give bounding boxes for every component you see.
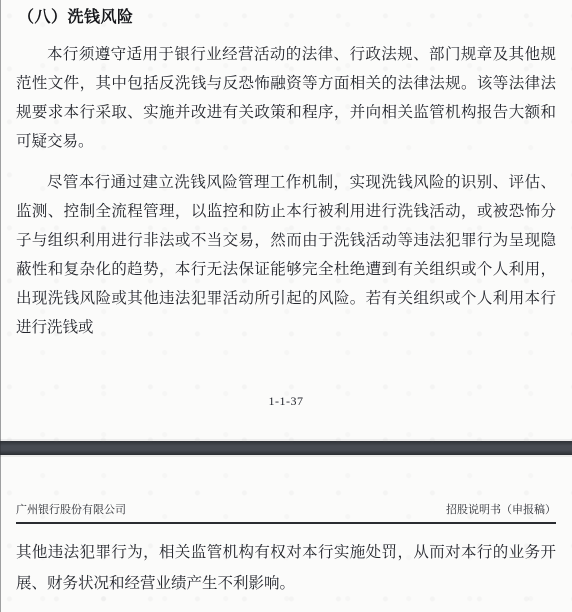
section-heading: （八）洗钱风险 xyxy=(18,0,556,27)
scan-edge-artifact xyxy=(0,0,1,612)
paragraph-continuation: 其他违法犯罪行为，相关监管机构有权对本行实施处罚，从而对本行的业务开展、财务状况… xyxy=(16,537,556,599)
header-company-name: 广州银行股份有限公司 xyxy=(16,504,126,517)
header-document-type: 招股说明书（申报稿） xyxy=(446,504,556,517)
paragraph-regulations: 本行须遵守适用于银行业经营活动的法律、行政法规、部门规章及其他规范性文件，其中包… xyxy=(16,40,556,156)
paragraph-risk-description: 尽管本行通过建立洗钱风险管理工作机制，实现洗钱风险的识别、评估、监测、控制全流程… xyxy=(16,168,556,342)
page-1: （八）洗钱风险 本行须遵守适用于银行业经营活动的法律、行政法规、部门规章及其他规… xyxy=(0,0,572,439)
running-header: 广州银行股份有限公司 招股说明书（申报稿） xyxy=(16,457,556,524)
document-viewer: { "page1": { "heading": "（八）洗钱风险", "para… xyxy=(0,0,572,612)
page-break-divider xyxy=(0,439,572,457)
page-2: 广州银行股份有限公司 招股说明书（申报稿） 其他违法犯罪行为，相关监管机构有权对… xyxy=(0,457,572,612)
page-number: 1-1-37 xyxy=(16,394,556,409)
